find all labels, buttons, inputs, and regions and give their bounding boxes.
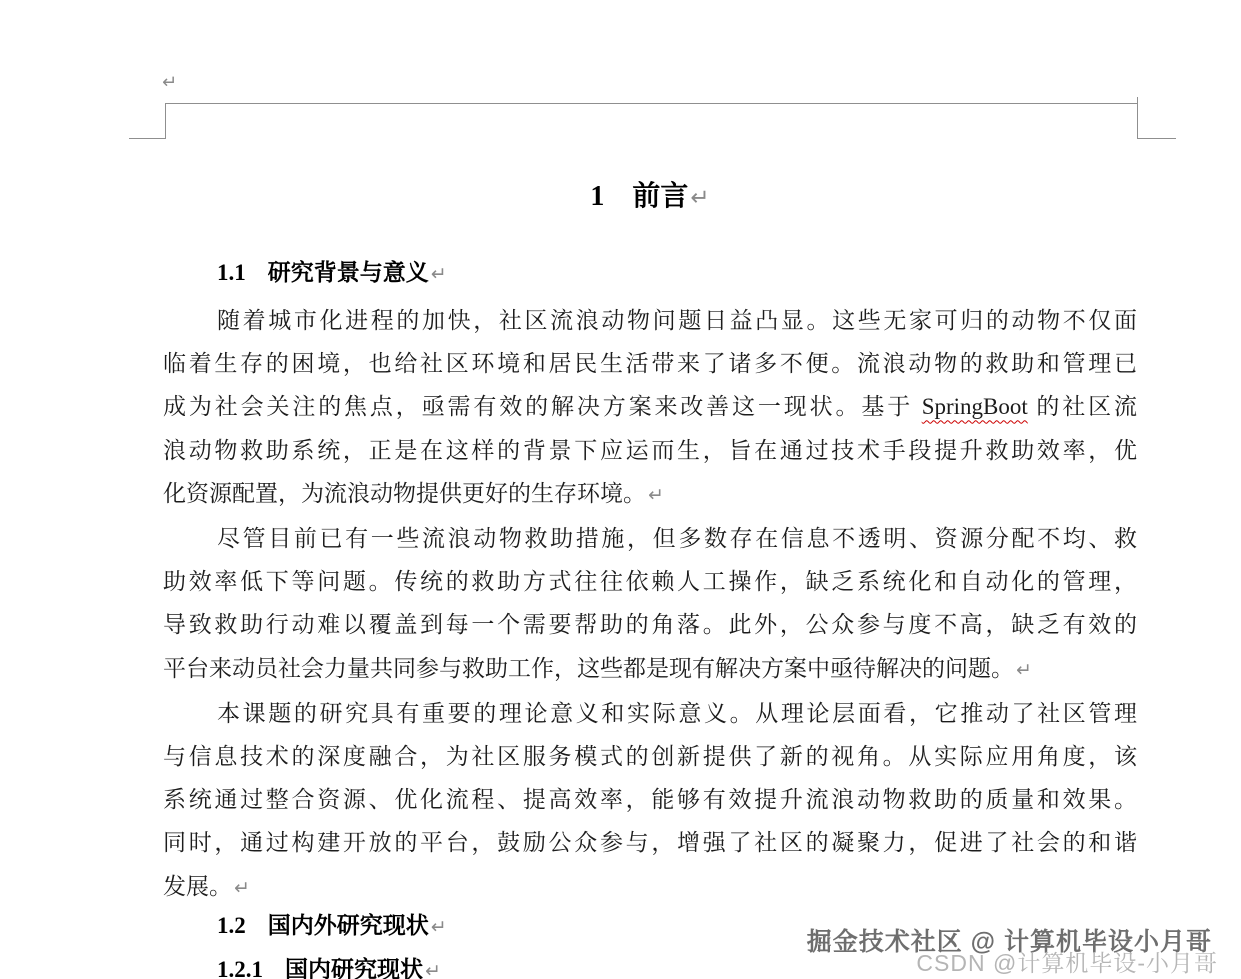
body-text-line: 本课题的研究具有重要的理论意义和实际意义。从理论层面看，它推动了社区管理: [163, 692, 1137, 735]
top-margin-boundary-line: [165, 103, 1138, 104]
paragraph-mark-icon: ↵: [423, 960, 441, 979]
body-text-line: 系统通过整合资源、优化流程、提高效率，能够有效提升流浪动物救助的质量和效果。: [163, 778, 1137, 821]
body-text-line: 助效率低下等问题。传统的救助方式往往依赖人工操作，缺乏系统化和自动化的管理，: [163, 560, 1137, 603]
paragraph-mark-icon: ↵: [232, 877, 250, 899]
paragraph-mark-icon: ↵: [429, 916, 447, 938]
paragraph-mark-icon: ↵: [646, 484, 664, 506]
body-text-line: 随着城市化进程的加快，社区流浪动物问题日益凸显。这些无家可归的动物不仅面: [163, 299, 1137, 342]
paragraph-mark-icon: ↵: [429, 263, 447, 285]
chapter-title: 1前言↵: [163, 175, 1137, 220]
heading-text: 国内外研究现状: [268, 913, 429, 938]
left-crop-mark-horizontal: [129, 138, 166, 139]
body-text-line: 成为社会关注的焦点，亟需有效的解决方案来改善这一现状。基于 SpringBoot…: [163, 385, 1137, 428]
body-paragraph: 本课题的研究具有重要的理论意义和实际意义。从理论层面看，它推动了社区管理与信息技…: [163, 692, 1137, 910]
body-text-line: 临着生存的困境，也给社区环境和居民生活带来了诸多不便。流浪动物的救助和管理已: [163, 342, 1137, 385]
chapter-title-text: 前言: [632, 181, 688, 212]
heading-number: 1.1: [217, 260, 246, 285]
body-text-line: 同时，通过构建开放的平台，鼓励公众参与，增强了社区的凝聚力，促进了社会的和谐: [163, 821, 1137, 864]
body-text-line: 浪动物救助系统，正是在这样的背景下应运而生，旨在通过技术手段提升救助效率，优: [163, 429, 1137, 472]
body-text-line: 化资源配置，为流浪动物提供更好的生存环境。↵: [163, 472, 1137, 517]
heading-number: 1.2.1: [217, 957, 263, 979]
right-crop-mark-horizontal: [1137, 138, 1176, 139]
watermark-csdn: CSDN @计算机毕设-小月哥: [916, 945, 1218, 978]
body-text-line: 与信息技术的深度融合，为社区服务模式的创新提供了新的视角。从实际应用角度，该: [163, 735, 1137, 778]
right-crop-mark-vertical: [1137, 97, 1138, 139]
heading-text: 国内研究现状: [285, 957, 423, 979]
paragraphs: 随着城市化进程的加快，社区流浪动物问题日益凸显。这些无家可归的动物不仅面临着生存…: [163, 299, 1137, 910]
header-paragraph-mark-icon: ↵: [162, 74, 177, 92]
document-page: 1前言↵ 1.1研究背景与意义↵ 随着城市化进程的加快，社区流浪动物问题日益凸显…: [163, 165, 1137, 979]
spellcheck-underlined-word: SpringBoot: [922, 394, 1028, 419]
chapter-number: 1: [590, 181, 604, 212]
body-text-line: 导致救助行动难以覆盖到每一个需要帮助的角落。此外，公众参与度不高，缺乏有效的: [163, 603, 1137, 646]
heading-text: 研究背景与意义: [268, 260, 429, 285]
heading-1-1: 1.1研究背景与意义↵: [163, 255, 1137, 292]
body-text-line: 尽管目前已有一些流浪动物救助措施，但多数存在信息不透明、资源分配不均、救: [163, 517, 1137, 560]
paragraph-mark-icon: ↵: [688, 185, 709, 211]
body-text-line: 平台来动员社会力量共同参与救助工作，这些都是现有解决方案中亟待解决的问题。↵: [163, 647, 1137, 692]
body-paragraph: 随着城市化进程的加快，社区流浪动物问题日益凸显。这些无家可归的动物不仅面临着生存…: [163, 299, 1137, 517]
heading-number: 1.2: [217, 913, 246, 938]
body-text-line: 发展。↵: [163, 865, 1137, 910]
body-paragraph: 尽管目前已有一些流浪动物救助措施，但多数存在信息不透明、资源分配不均、救助效率低…: [163, 517, 1137, 692]
paragraph-mark-icon: ↵: [1014, 659, 1032, 681]
left-crop-mark-vertical: [165, 103, 166, 139]
